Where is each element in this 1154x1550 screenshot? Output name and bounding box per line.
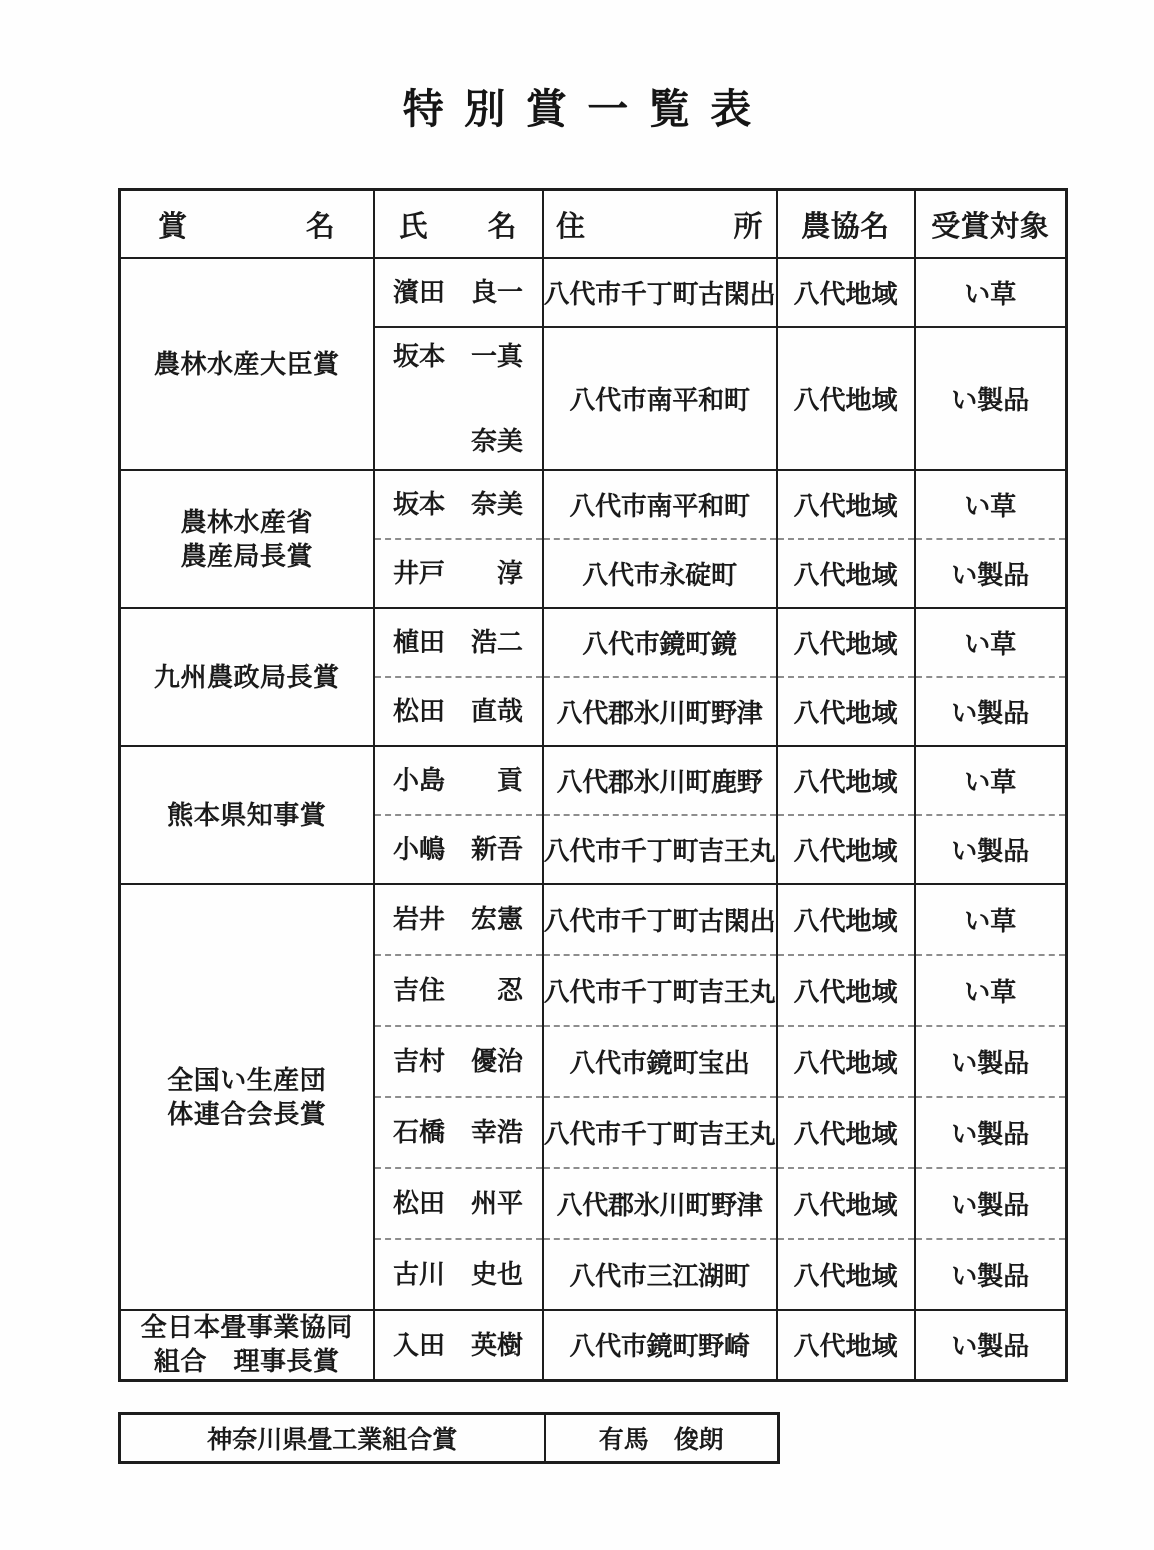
- table-row: 全国い生産団 体連合会長賞 岩井 宏憲 八代市千丁町古閑出 八代地域 い草: [120, 884, 1067, 955]
- winner-name-cell: 井戸 淳: [374, 539, 543, 608]
- award-name-cell: 農林水産省 農産局長賞: [120, 470, 374, 608]
- target-cell: い草: [915, 955, 1067, 1026]
- address-cell: 八代郡氷川町鹿野: [543, 746, 777, 815]
- column-header-address: 住 所: [543, 190, 777, 259]
- target-cell: い草: [915, 746, 1067, 815]
- winner-name-cell: 松田 直哉: [374, 677, 543, 746]
- coop-cell: 八代地域: [777, 746, 915, 815]
- table-row: 農林水産省 農産局長賞 坂本 奈美 八代市南平和町 八代地域 い草: [120, 470, 1067, 539]
- column-header-name: 氏 名: [374, 190, 543, 259]
- winner-name-cell: 入田 英樹: [374, 1310, 543, 1380]
- address-cell: 八代市千丁町古閑出: [543, 884, 777, 955]
- award-name-cell: 熊本県知事賞: [120, 746, 374, 884]
- address-cell: 八代市南平和町: [543, 327, 777, 470]
- table-row: 神奈川県畳工業組合賞 有馬 俊朗: [120, 1413, 779, 1462]
- coop-cell: 八代地域: [777, 1168, 915, 1239]
- target-cell: い製品: [915, 677, 1067, 746]
- target-cell: い製品: [915, 539, 1067, 608]
- address-cell: 八代郡氷川町野津: [543, 1168, 777, 1239]
- column-header-coop: 農協名: [777, 190, 915, 259]
- extra-award-table: 神奈川県畳工業組合賞 有馬 俊朗: [118, 1412, 780, 1464]
- table-row: 九州農政局長賞 植田 浩二 八代市鏡町鏡 八代地域 い草: [120, 608, 1067, 677]
- winner-name-cell: 坂本 奈美: [374, 470, 543, 539]
- target-cell: い製品: [915, 815, 1067, 884]
- award-name-cell: 農林水産大臣賞: [120, 258, 374, 470]
- target-cell: い製品: [915, 1239, 1067, 1310]
- target-cell: い製品: [915, 1310, 1067, 1380]
- coop-cell: 八代地域: [777, 1097, 915, 1168]
- winner-name-cell: 濱田 良一: [374, 258, 543, 327]
- address-cell: 八代市千丁町吉王丸: [543, 815, 777, 884]
- extra-award-name-cell: 神奈川県畳工業組合賞: [120, 1413, 545, 1462]
- address-cell: 八代市鏡町鏡: [543, 608, 777, 677]
- address-cell: 八代市千丁町吉王丸: [543, 955, 777, 1026]
- award-name-cell: 全国い生産団 体連合会長賞: [120, 884, 374, 1310]
- coop-cell: 八代地域: [777, 884, 915, 955]
- target-cell: い草: [915, 884, 1067, 955]
- target-cell: い製品: [915, 1026, 1067, 1097]
- coop-cell: 八代地域: [777, 539, 915, 608]
- table-row: 農林水産大臣賞 濱田 良一 八代市千丁町古閑出 八代地域 い草: [120, 258, 1067, 327]
- target-cell: い製品: [915, 1097, 1067, 1168]
- address-cell: 八代市南平和町: [543, 470, 777, 539]
- winner-name-cell: 岩井 宏憲: [374, 884, 543, 955]
- winner-name-cell: 小嶋 新吾: [374, 815, 543, 884]
- winner-name-cell: 松田 州平: [374, 1168, 543, 1239]
- table-row: 全日本畳事業協同 組合 理事長賞 入田 英樹 八代市鏡町野崎 八代地域 い製品: [120, 1310, 1067, 1380]
- target-cell: い草: [915, 258, 1067, 327]
- address-cell: 八代市千丁町吉王丸: [543, 1097, 777, 1168]
- table-row: 熊本県知事賞 小島 貢 八代郡氷川町鹿野 八代地域 い草: [120, 746, 1067, 815]
- column-header-target: 受賞対象: [915, 190, 1067, 259]
- address-cell: 八代郡氷川町野津: [543, 677, 777, 746]
- winner-name-cell: 吉村 優治: [374, 1026, 543, 1097]
- coop-cell: 八代地域: [777, 608, 915, 677]
- award-name-cell: 九州農政局長賞: [120, 608, 374, 746]
- winner-name-cell: 石橋 幸浩: [374, 1097, 543, 1168]
- address-cell: 八代市鏡町宝出: [543, 1026, 777, 1097]
- winner-name-cell: 坂本 一真 奈美: [374, 327, 543, 470]
- page-title: 特別賞一覧表: [0, 0, 1154, 135]
- winner-name-cell: 小島 貢: [374, 746, 543, 815]
- address-cell: 八代市三江湖町: [543, 1239, 777, 1310]
- extra-winner-name-cell: 有馬 俊朗: [545, 1413, 779, 1462]
- coop-cell: 八代地域: [777, 1239, 915, 1310]
- coop-cell: 八代地域: [777, 1310, 915, 1380]
- target-cell: い製品: [915, 1168, 1067, 1239]
- target-cell: い製品: [915, 327, 1067, 470]
- coop-cell: 八代地域: [777, 955, 915, 1026]
- address-cell: 八代市千丁町古閑出: [543, 258, 777, 327]
- winner-name-cell: 古川 史也: [374, 1239, 543, 1310]
- column-header-award: 賞 名: [120, 190, 374, 259]
- coop-cell: 八代地域: [777, 470, 915, 539]
- winner-name-cell: 植田 浩二: [374, 608, 543, 677]
- document-page: 特別賞一覧表 賞 名 氏 名 住 所 農協名 受賞対象 農林水産大臣賞 濱田 良…: [0, 0, 1154, 1550]
- coop-cell: 八代地域: [777, 815, 915, 884]
- target-cell: い草: [915, 470, 1067, 539]
- awards-table: 賞 名 氏 名 住 所 農協名 受賞対象 農林水産大臣賞 濱田 良一 八代市千丁…: [118, 188, 1068, 1382]
- header-row: 賞 名 氏 名 住 所 農協名 受賞対象: [120, 190, 1067, 259]
- coop-cell: 八代地域: [777, 327, 915, 470]
- winner-name-cell: 吉住 忍: [374, 955, 543, 1026]
- award-name-cell: 全日本畳事業協同 組合 理事長賞: [120, 1310, 374, 1380]
- coop-cell: 八代地域: [777, 258, 915, 327]
- coop-cell: 八代地域: [777, 677, 915, 746]
- target-cell: い草: [915, 608, 1067, 677]
- address-cell: 八代市鏡町野崎: [543, 1310, 777, 1380]
- coop-cell: 八代地域: [777, 1026, 915, 1097]
- address-cell: 八代市永碇町: [543, 539, 777, 608]
